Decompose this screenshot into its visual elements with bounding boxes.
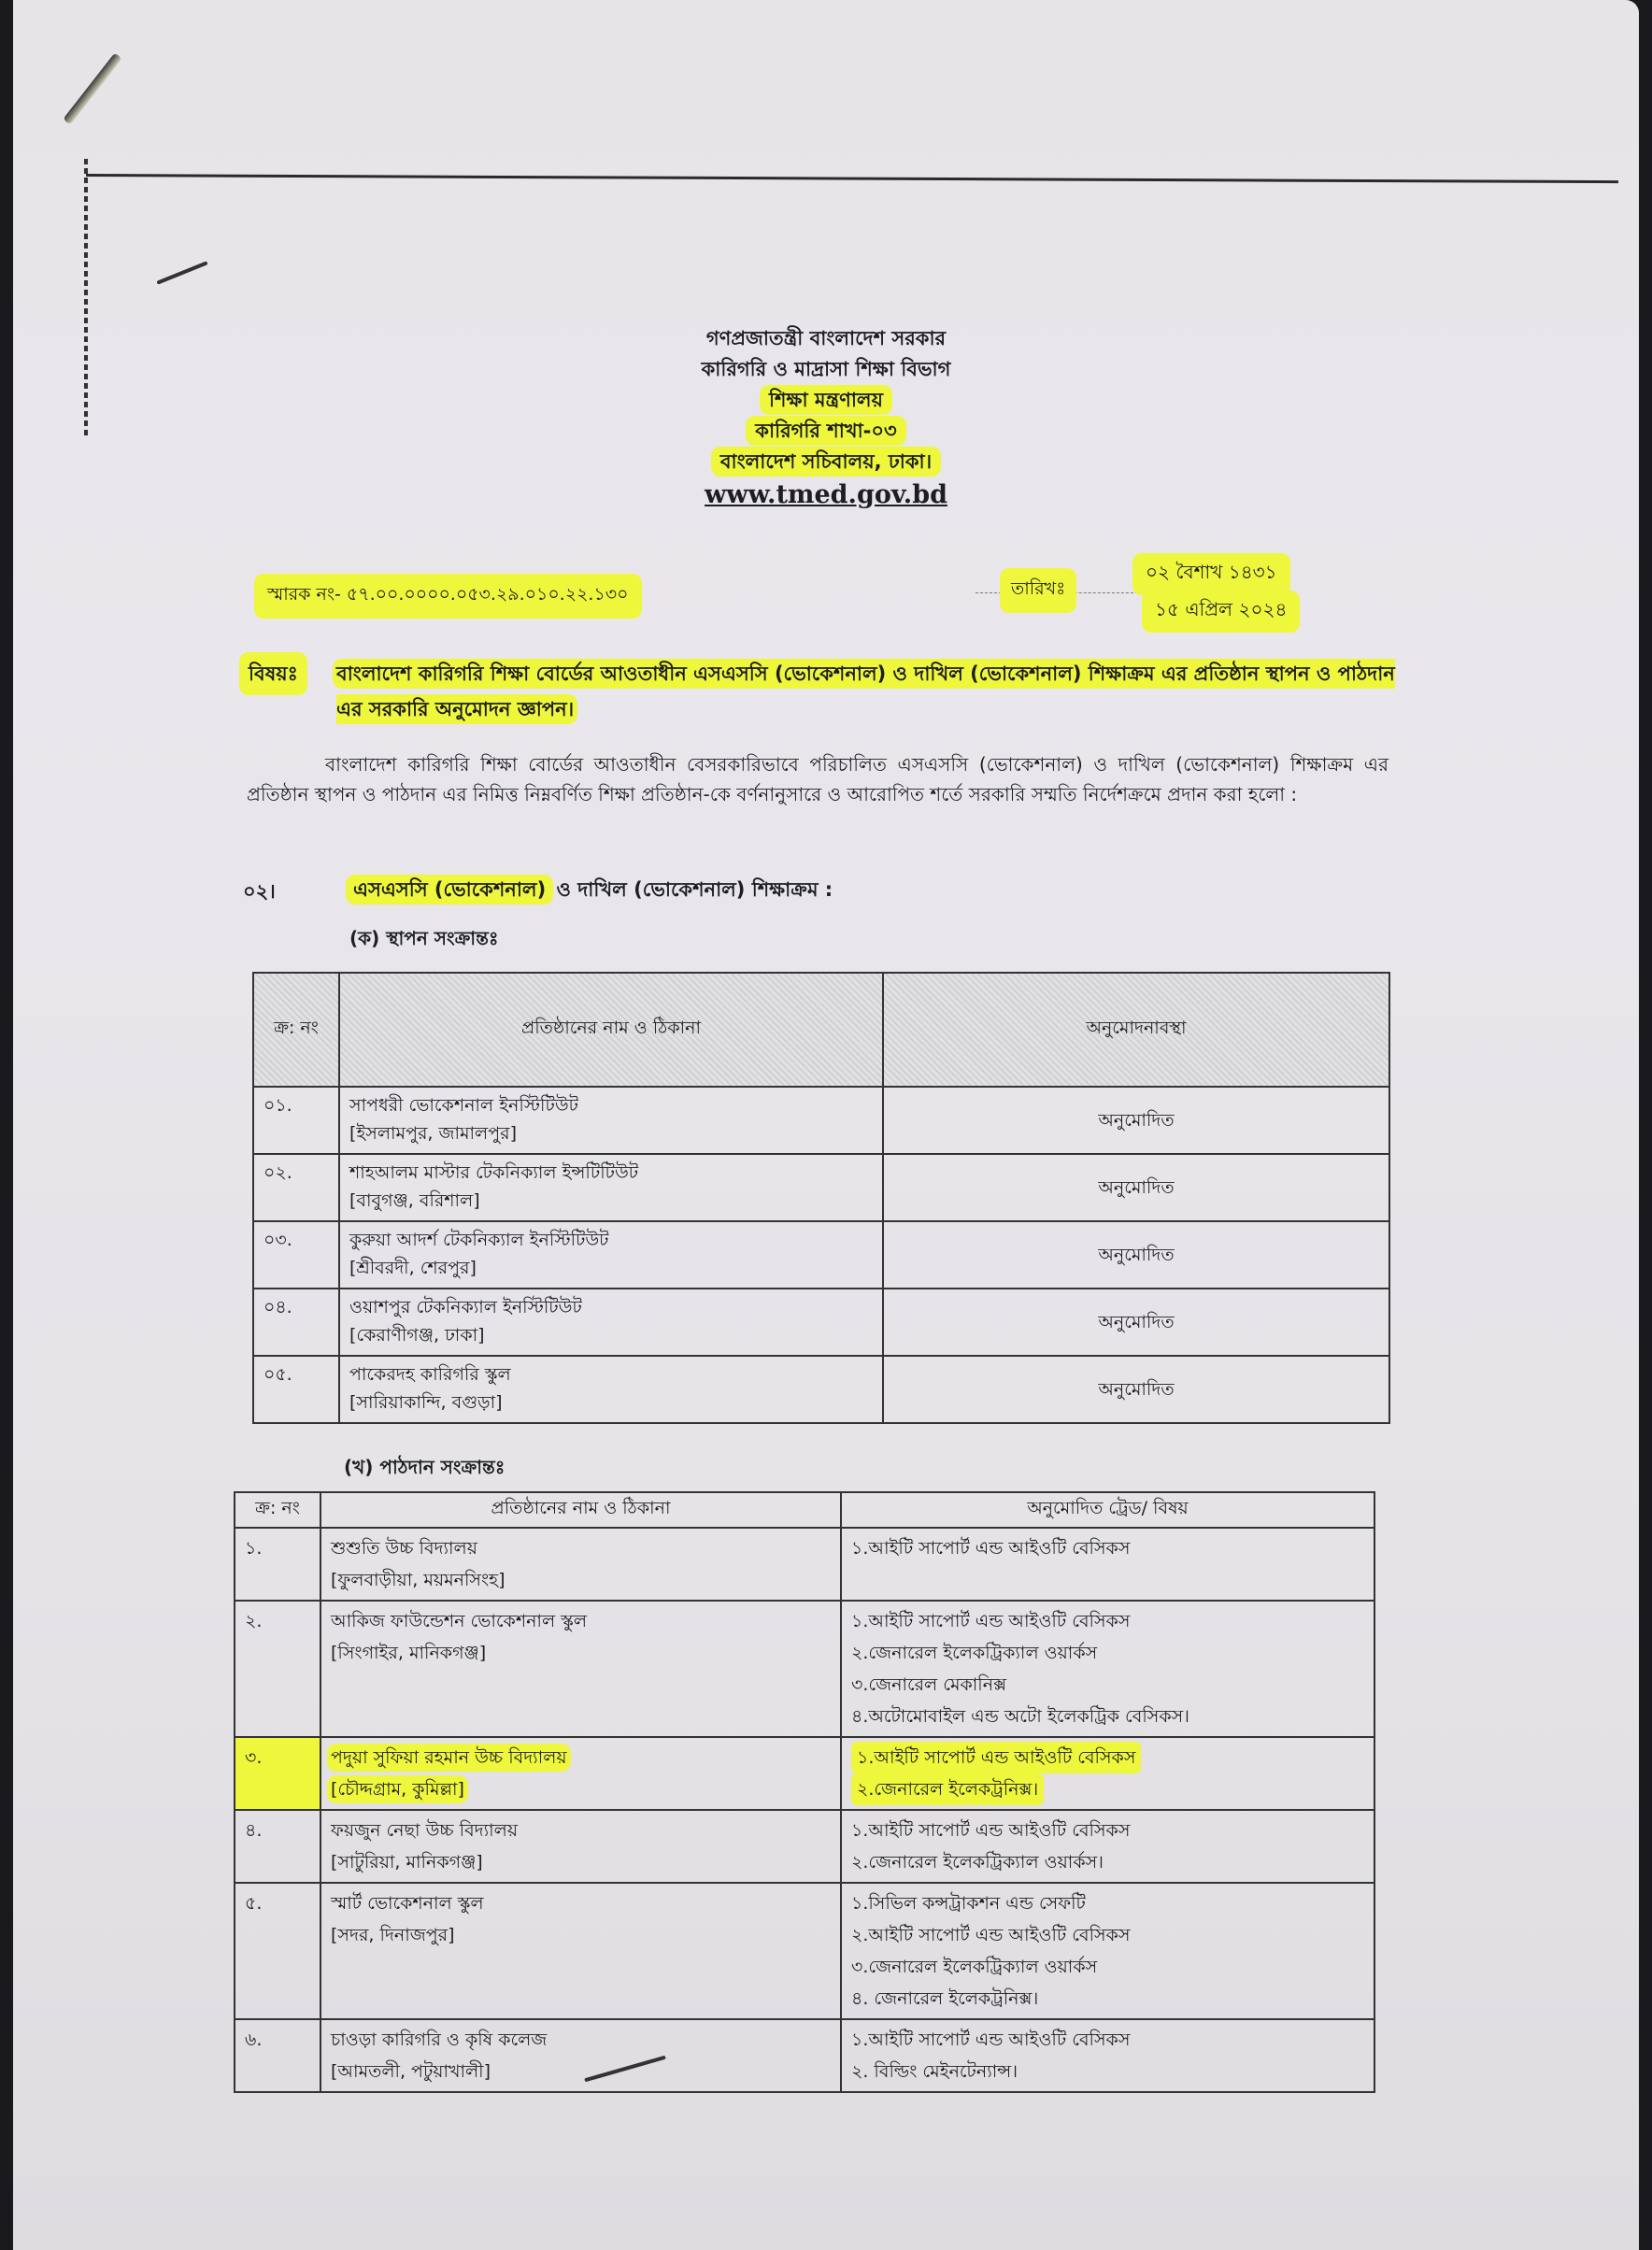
trade-item: ২.জেনারেল ইলেকট্রিক্যাল ওয়ার্কস। bbox=[851, 1846, 1364, 1878]
trade-item: ৪. জেনারেল ইলেকট্রনিক্স। bbox=[851, 1983, 1364, 2015]
trade-item: ৩.জেনারেল মেকানিক্স bbox=[851, 1669, 1364, 1701]
date-gregorian: ১৫ এপ্রিল ২০২৪ bbox=[1146, 594, 1296, 629]
subject-text: বাংলাদেশ কারিগরি শিক্ষা বোর্ডের আওতাধীন … bbox=[336, 662, 1395, 720]
trade-item: ২.আইটি সাপোর্ট এন্ড আইওটি বেসিকস bbox=[851, 1919, 1364, 1951]
institution-name: ফয়জুন নেছা উচ্চ বিদ্যালয় bbox=[331, 1820, 518, 1841]
table-row: ৪.ফয়জুন নেছা উচ্চ বিদ্যালয়[সাটুরিয়া, … bbox=[235, 1810, 1374, 1883]
institution-cell: পাকেরদহ কারিগরি স্কুল[সারিয়াকান্দি, বগু… bbox=[339, 1356, 883, 1423]
letterhead: গণপ্রজাতন্ত্রী বাংলাদেশ সরকার কারিগরি ও … bbox=[13, 323, 1639, 510]
col-institution: প্রতিষ্ঠানের নাম ও ঠিকানা bbox=[339, 973, 883, 1087]
institution-address: [সাটুরিয়া, মানিকগঞ্জ] bbox=[331, 1852, 483, 1873]
col-status: অনুমোদনাবস্থা bbox=[883, 973, 1389, 1087]
serial-cell: ০৫. bbox=[253, 1356, 339, 1423]
trades-cell: ১.আইটি সাপোর্ট এন্ড আইওটি বেসিকস bbox=[841, 1528, 1374, 1601]
table-row: ০২.শাহআলম মাস্টার টেকনিক্যাল ইন্সটিটিউট[… bbox=[253, 1154, 1389, 1221]
establishment-table: ক্র: নং প্রতিষ্ঠানের নাম ও ঠিকানা অনুমোদ… bbox=[252, 972, 1390, 1424]
govt-name: গণপ্রজাতন্ত্রী বাংলাদেশ সরকার bbox=[13, 323, 1639, 354]
date-bangla: ০২ বৈশাখ ১৪৩১ bbox=[1136, 557, 1287, 591]
status-cell: অনুমোদিত bbox=[883, 1289, 1389, 1356]
table-row: ৩.পদুয়া সুফিয়া রহমান উচ্চ বিদ্যালয়[চৌ… bbox=[235, 1737, 1374, 1810]
ministry-name: শিক্ষা মন্ত্রণালয় bbox=[763, 389, 889, 411]
serial-cell: ৪. bbox=[235, 1810, 320, 1883]
institution-address: [ইসলামপুর, জামালপুর] bbox=[349, 1119, 873, 1147]
serial-cell: ০৪. bbox=[253, 1289, 339, 1356]
institution-address: [আমতলী, পটুয়াখালী] bbox=[331, 2061, 491, 2082]
trades-cell: ১.সিভিল কন্সট্রাকশন এন্ড সেফটি২.আইটি সাপ… bbox=[841, 1883, 1374, 2019]
institution-cell: পদুয়া সুফিয়া রহমান উচ্চ বিদ্যালয়[চৌদ্… bbox=[320, 1737, 841, 1810]
section-title: এসএসসি (ভোকেশনাল) ও দাখিল (ভোকেশনাল) শিক… bbox=[349, 875, 833, 907]
institution-cell: চাওড়া কারিগরি ও কৃষি কলেজ[আমতলী, পটুয়া… bbox=[320, 2019, 841, 2092]
serial-cell: ৩. bbox=[235, 1737, 320, 1810]
serial-cell: ০৩. bbox=[253, 1221, 339, 1289]
table-row: ০৩.কুরুয়া আদর্শ টেকনিক্যাল ইনস্টিটিউট[শ… bbox=[253, 1221, 1389, 1289]
trades-cell: ১.আইটি সাপোর্ট এন্ড আইওটি বেসিকস২.জেনারে… bbox=[841, 1737, 1374, 1810]
serial-cell: ৫. bbox=[235, 1883, 320, 2019]
institution-address: [সিংগাইর, মানিকগঞ্জ] bbox=[331, 1643, 486, 1663]
institution-name: চাওড়া কারিগরি ও কৃষি কলেজ bbox=[331, 2029, 547, 2050]
institution-address: [ফুলবাড়ীয়া, ময়মনসিংহ] bbox=[331, 1570, 506, 1590]
institution-address: [কেরাণীগঞ্জ, ঢাকা] bbox=[349, 1321, 873, 1349]
trade-item: ৩.জেনারেল ইলেকট্রিক্যাল ওয়ার্কস bbox=[851, 1951, 1364, 1983]
institution-address: [সদর, দিনাজপুর] bbox=[331, 1925, 455, 1945]
institution-cell: সাপধরী ভোকেশনাল ইনস্টিটিউট[ইসলামপুর, জাম… bbox=[339, 1087, 883, 1154]
institution-address: [সারিয়াকান্দি, বগুড়া] bbox=[349, 1388, 873, 1417]
date-label: তারিখঃ bbox=[1004, 572, 1073, 609]
institution-cell: শুশুতি উচ্চ বিদ্যালয়[ফুলবাড়ীয়া, ময়মন… bbox=[320, 1528, 841, 1601]
institution-name: ওয়াশপুর টেকনিক্যাল ইনস্টিটিউট bbox=[349, 1293, 873, 1321]
institution-address: [শ্রীবরদী, শেরপুর] bbox=[349, 1254, 873, 1282]
teaching-table: ক্র: নং প্রতিষ্ঠানের নাম ও ঠিকানা অনুমোদ… bbox=[234, 1491, 1375, 2093]
status-cell: অনুমোদিত bbox=[883, 1087, 1389, 1154]
institution-cell: শাহআলম মাস্টার টেকনিক্যাল ইন্সটিটিউট[বাব… bbox=[339, 1154, 883, 1221]
trade-item: ১.আইটি সাপোর্ট এন্ড আইওটি বেসিকস bbox=[851, 1742, 1141, 1773]
pen-mark bbox=[156, 261, 207, 284]
trades-cell: ১.আইটি সাপোর্ট এন্ড আইওটি বেসিকস২.জেনারে… bbox=[841, 1601, 1374, 1737]
institution-name: পাকেরদহ কারিগরি স্কুল bbox=[349, 1360, 873, 1388]
staple-mark bbox=[63, 52, 121, 124]
table-row: ২.আকিজ ফাউন্ডেশন ভোকেশনাল স্কুল[সিংগাইর,… bbox=[235, 1601, 1374, 1737]
table-row: ০১.সাপধরী ভোকেশনাল ইনস্টিটিউট[ইসলামপুর, … bbox=[253, 1087, 1389, 1154]
website-link[interactable]: www.tmed.gov.bd bbox=[13, 479, 1639, 510]
col-institution: প্রতিষ্ঠানের নাম ও ঠিকানা bbox=[320, 1492, 841, 1528]
institution-cell: ফয়জুন নেছা উচ্চ বিদ্যালয়[সাটুরিয়া, মা… bbox=[320, 1810, 841, 1883]
establishment-heading: (ক) স্থাপন সংক্রান্তঃ bbox=[349, 925, 499, 956]
col-serial: ক্র: নং bbox=[235, 1492, 320, 1528]
section-number: ০২। bbox=[243, 876, 276, 909]
institution-cell: আকিজ ফাউন্ডেশন ভোকেশনাল স্কুল[সিংগাইর, ম… bbox=[320, 1601, 841, 1737]
institution-cell: ওয়াশপুর টেকনিক্যাল ইনস্টিটিউট[কেরাণীগঞ্… bbox=[339, 1289, 883, 1356]
trade-item: ৪.অটোমোবাইল এন্ড অটো ইলেকট্রিক বেসিকস। bbox=[851, 1701, 1364, 1732]
institution-name: শাহআলম মাস্টার টেকনিক্যাল ইন্সটিটিউট bbox=[349, 1159, 873, 1187]
trade-item: ১.আইটি সাপোর্ট এন্ড আইওটি বেসিকস bbox=[851, 1532, 1364, 1564]
status-cell: অনুমোদিত bbox=[883, 1221, 1389, 1289]
institution-address: [চৌদ্দগ্রাম, কুমিল্লা] bbox=[331, 1779, 464, 1800]
serial-cell: ০২. bbox=[253, 1154, 339, 1221]
institution-name: সাপধরী ভোকেশনাল ইনস্টিটিউট bbox=[349, 1091, 873, 1119]
trades-cell: ১.আইটি সাপোর্ট এন্ড আইওটি বেসিকস২.জেনারে… bbox=[841, 1810, 1374, 1883]
institution-name: কুরুয়া আদর্শ টেকনিক্যাল ইনস্টিটিউট bbox=[349, 1226, 873, 1254]
institution-address: [বাবুগঞ্জ, বরিশাল] bbox=[349, 1187, 873, 1215]
trade-item: ২.জেনারেল ইলেকট্রনিক্স। bbox=[851, 1773, 1044, 1805]
table-row: ০৫.পাকেরদহ কারিগরি স্কুল[সারিয়াকান্দি, … bbox=[253, 1356, 1389, 1423]
subject-label: বিষয়ঃ bbox=[243, 656, 304, 691]
memo-number: স্মারক নং- ৫৭.০০.০০০০.০৫৩.২৯.০১০.২২.১৩০ bbox=[258, 577, 638, 615]
trades-cell: ১.আইটি সাপোর্ট এন্ড আইওটি বেসিকস২. বিল্ড… bbox=[841, 2019, 1374, 2092]
institution-cell: স্মার্ট ভোকেশনাল স্কুল[সদর, দিনাজপুর] bbox=[320, 1883, 841, 2019]
institution-name: আকিজ ফাউন্ডেশন ভোকেশনাল স্কুল bbox=[331, 1611, 587, 1631]
body-paragraph: বাংলাদেশ কারিগরি শিক্ষা বোর্ডের আওতাধীন … bbox=[247, 749, 1389, 809]
serial-cell: ১. bbox=[235, 1528, 320, 1601]
trade-item: ১.আইটি সাপোর্ট এন্ড আইওটি বেসিকস bbox=[851, 2024, 1364, 2056]
trade-item: ১.সিভিল কন্সট্রাকশন এন্ড সেফটি bbox=[851, 1887, 1364, 1919]
col-trades: অনুমোদিত ট্রেড/ বিষয় bbox=[841, 1492, 1374, 1528]
table-row: ৫.স্মার্ট ভোকেশনাল স্কুল[সদর, দিনাজপুর]১… bbox=[235, 1883, 1374, 2019]
trade-item: ২. বিল্ডিং মেইনটেন্যান্স। bbox=[851, 2056, 1364, 2087]
teaching-heading: (খ) পাঠদান সংক্রান্তঃ bbox=[344, 1454, 505, 1485]
status-cell: অনুমোদিত bbox=[883, 1154, 1389, 1221]
institution-name: শুশুতি উচ্চ বিদ্যালয় bbox=[331, 1538, 477, 1559]
institution-name: পদুয়া সুফিয়া রহমান উচ্চ বিদ্যালয় bbox=[331, 1747, 567, 1768]
trade-item: ১.আইটি সাপোর্ট এন্ড আইওটি বেসিকস bbox=[851, 1605, 1364, 1637]
institution-cell: কুরুয়া আদর্শ টেকনিক্যাল ইনস্টিটিউট[শ্রী… bbox=[339, 1221, 883, 1289]
table-row: ১.শুশুতি উচ্চ বিদ্যালয়[ফুলবাড়ীয়া, ময়… bbox=[235, 1528, 1374, 1601]
branch-name: কারিগরি শাখা-০৩ bbox=[749, 420, 902, 442]
table-row: ৬.চাওড়া কারিগরি ও কৃষি কলেজ[আমতলী, পটুয… bbox=[235, 2019, 1374, 2092]
col-serial: ক্র: নং bbox=[253, 973, 339, 1087]
table-row: ০৪.ওয়াশপুর টেকনিক্যাল ইনস্টিটিউট[কেরাণী… bbox=[253, 1289, 1389, 1356]
serial-cell: ৬. bbox=[235, 2019, 320, 2092]
status-cell: অনুমোদিত bbox=[883, 1356, 1389, 1423]
office-address: বাংলাদেশ সচিবালয়, ঢাকা। bbox=[715, 450, 937, 473]
serial-cell: ০১. bbox=[253, 1087, 339, 1154]
trade-item: ১.আইটি সাপোর্ট এন্ড আইওটি বেসিকস bbox=[851, 1815, 1364, 1846]
institution-name: স্মার্ট ভোকেশনাল স্কুল bbox=[331, 1893, 484, 1914]
serial-cell: ২. bbox=[235, 1601, 320, 1737]
division-name: কারিগরি ও মাদ্রাসা শিক্ষা বিভাগ bbox=[13, 354, 1639, 385]
trade-item: ২.জেনারেল ইলেকট্রিক্যাল ওয়ার্কস bbox=[851, 1637, 1364, 1669]
header-rule bbox=[86, 174, 1618, 183]
document-page: গণপ্রজাতন্ত্রী বাংলাদেশ সরকার কারিগরি ও … bbox=[13, 0, 1639, 2250]
